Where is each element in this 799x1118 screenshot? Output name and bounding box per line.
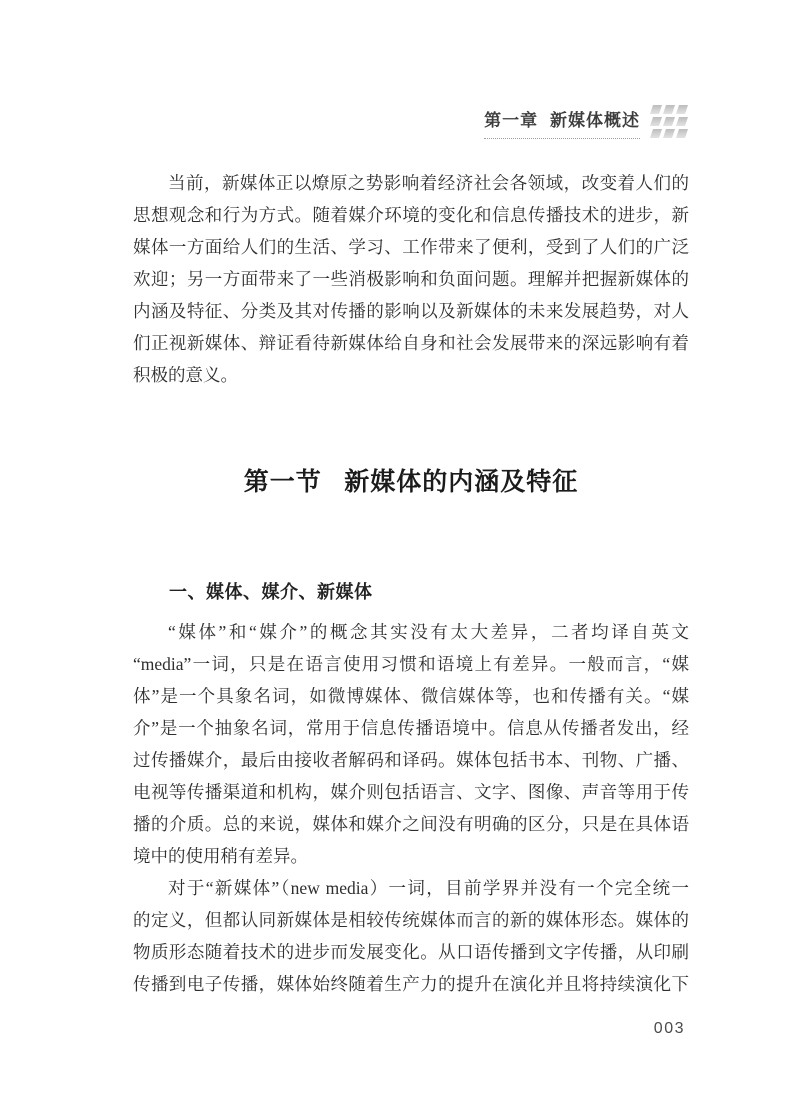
- text-line: “media”一词，只是在语言使用习惯和语境上有差异。一般而言，“媒: [133, 648, 689, 680]
- text-line: 播的介质。总的来说，媒体和媒介之间没有明确的区分，只是在具体语: [133, 808, 689, 840]
- text-line: “媒体”和“媒介”的概念其实没有太大差异，二者均译自英文: [133, 616, 689, 648]
- diamond-grid-icon: [649, 104, 690, 139]
- text-line: 积极的意义。: [133, 359, 689, 391]
- body-text: “媒体”和“媒介”的概念其实没有太大差异，二者均译自英文 “media”一词，只…: [133, 616, 689, 1000]
- text-line: 思想观念和行为方式。随着媒介环境的变化和信息传播技术的进步，新: [133, 199, 689, 231]
- section-label: 第一节: [244, 469, 322, 496]
- text-line: 媒体一方面给人们的生活、学习、工作带来了便利，受到了人们的广泛: [133, 231, 689, 263]
- text-line: 电视等传播渠道和机构，媒介则包括语言、文字、图像、声音等用于传: [133, 776, 689, 808]
- text-line: 体”是一个具象名词，如微博媒体、微信媒体等，也和传播有关。“媒: [133, 680, 689, 712]
- text-line: 过传播媒介，最后由接收者解码和译码。媒体包括书本、刊物、广播、: [133, 744, 689, 776]
- text-line: 对于“新媒体”（new media）一词，目前学界并没有一个完全统一: [133, 872, 689, 904]
- chapter-title: 新媒体概述: [550, 111, 640, 130]
- intro-paragraph: 当前，新媒体正以燎原之势影响着经济社会各领域，改变着人们的 思想观念和行为方式。…: [133, 167, 689, 391]
- section-title: 第一节新媒体的内涵及特征: [133, 462, 689, 498]
- text-line: 内涵及特征、分类及其对传播的影响以及新媒体的未来发展趋势，对人: [133, 295, 689, 327]
- text-line: 传播到电子传播，媒体始终随着生产力的提升在演化并且将持续演化下: [133, 968, 689, 1000]
- subsection-title: 一、媒体、媒介、新媒体: [133, 578, 689, 604]
- text-line: 当前，新媒体正以燎原之势影响着经济社会各领域，改变着人们的: [133, 167, 689, 199]
- section-title-text: 新媒体的内涵及特征: [344, 469, 578, 496]
- text-line: 欢迎；另一方面带来了一些消极影响和负面问题。理解并把握新媒体的: [133, 263, 689, 295]
- running-header: 第一章新媒体概述: [484, 104, 690, 139]
- running-header-title: 第一章新媒体概述: [484, 106, 640, 139]
- chapter-label: 第一章: [484, 111, 538, 130]
- text-line: 物质形态随着技术的进步而发展变化。从口语传播到文字传播，从印刷: [133, 936, 689, 968]
- text-line: 的定义，但都认同新媒体是相较传统媒体而言的新的媒体形态。媒体的: [133, 904, 689, 936]
- text-line: 们正视新媒体、辩证看待新媒体给自身和社会发展带来的深远影响有着: [133, 327, 689, 359]
- book-page: 第一章新媒体概述: [0, 0, 799, 1118]
- page-number: 003: [654, 1020, 685, 1038]
- text-line: 介”是一个抽象名词，常用于信息传播语境中。信息从传播者发出，经: [133, 712, 689, 744]
- text-line: 境中的使用稍有差异。: [133, 840, 689, 872]
